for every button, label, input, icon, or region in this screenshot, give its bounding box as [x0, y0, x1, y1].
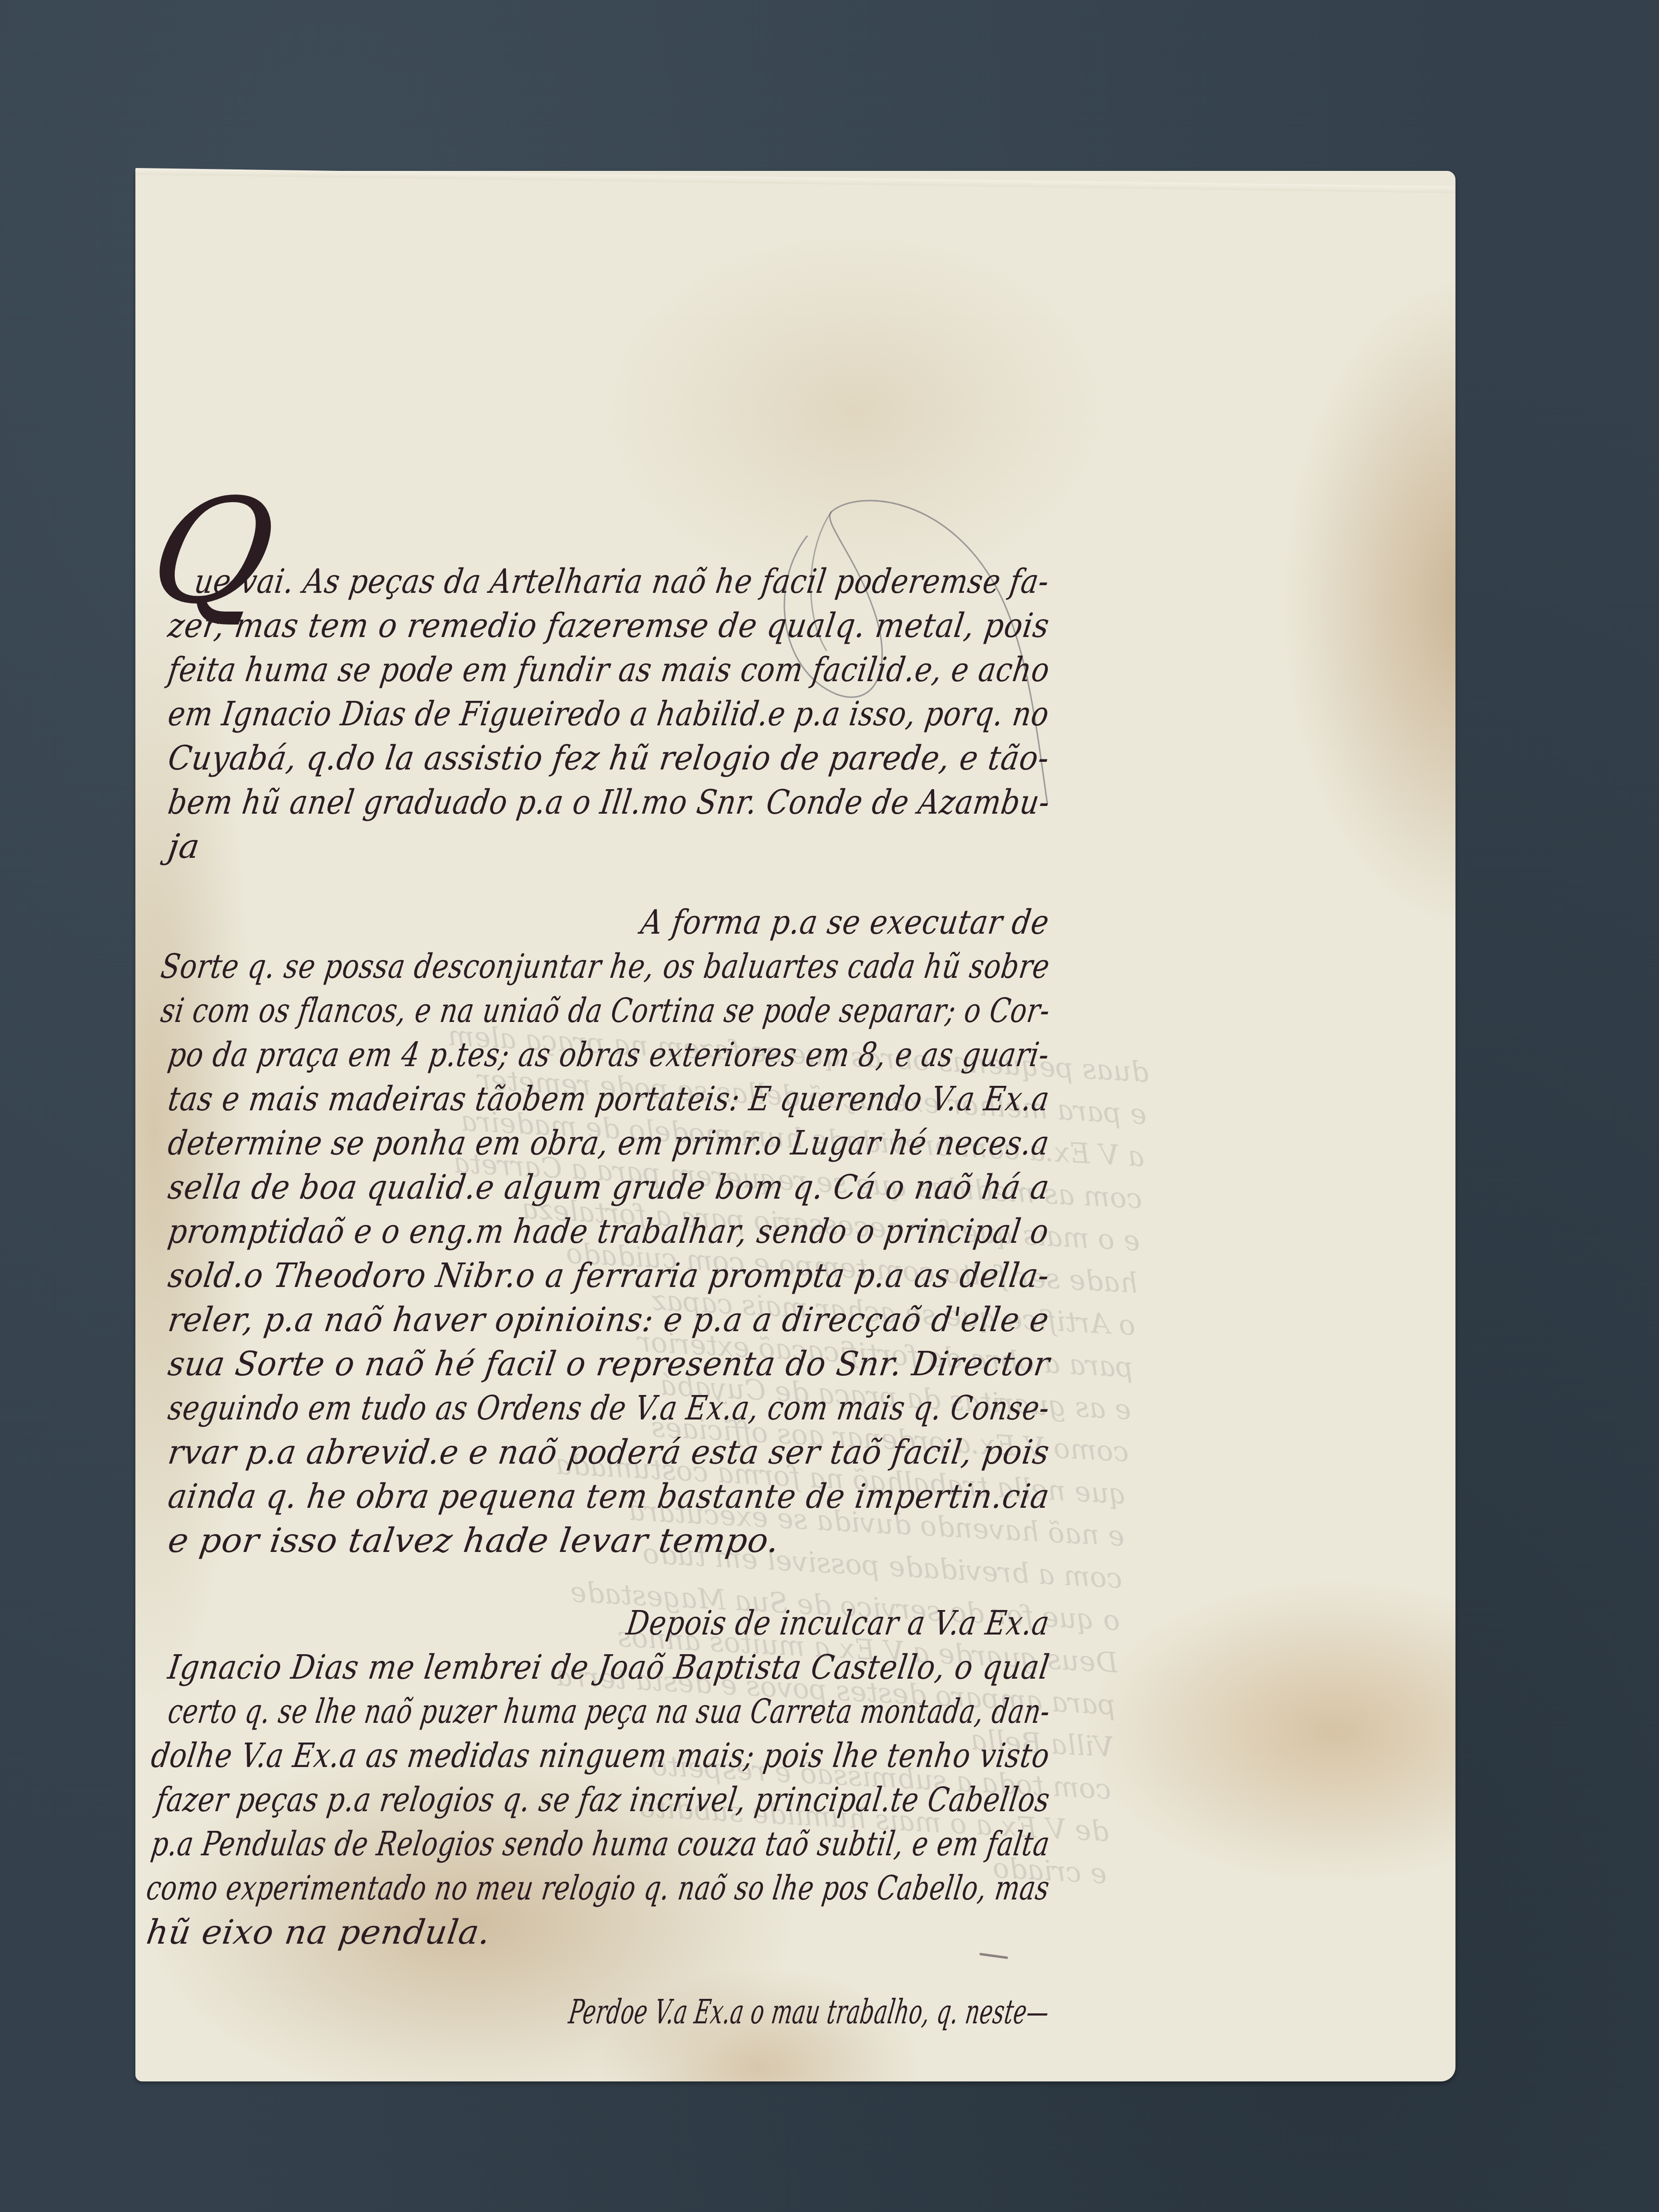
text-line: si com os flancos, e na uniaõ da Cortina…	[158, 991, 1053, 1030]
text-line: certo q. se lhe naõ puzer huma peça na s…	[166, 1692, 1053, 1731]
text-line: Sorte q. se possa desconjuntar he, os ba…	[158, 947, 1052, 986]
text-line: rvar p.a abrevid.e e naõ poderá esta ser…	[166, 1432, 1052, 1472]
text-line: reler, p.a naõ haver opinioins: e p.a a …	[166, 1300, 1052, 1339]
text-line: como experimentado no meu relogio q. naõ…	[144, 1868, 1052, 1908]
text-line: zer, mas tem o remedio fazeremse de qual…	[166, 606, 1052, 645]
text-line: Perdoe V.a Ex.a o mau trabalho, q. neste…	[566, 1992, 1052, 2032]
text-line: e por isso talvez hade levar tempo.	[166, 1521, 782, 1560]
text-line: dolhe V.a Ex.a as medidas ninguem mais; …	[149, 1736, 1052, 1775]
text-line: fazer peças p.a relogios q. se faz incri…	[154, 1780, 1052, 1819]
text-line: Cuyabá, q.do la assistio fez hũ relogio …	[166, 738, 1052, 778]
text-line: ainda q. he obra pequena tem bastante de…	[166, 1477, 1052, 1516]
text-line: ue vai. As peças da Artelharia naõ he fa…	[192, 562, 1052, 601]
text-line: hũ eixo na pendula.	[144, 1912, 493, 1952]
text-line: sella de boa qualid.e algum grude bom q.…	[166, 1167, 1052, 1207]
text-line: po da praça em 4 p.tes; as obras exterio…	[166, 1035, 1052, 1074]
text-line: seguindo em tudo as Ordens de V.a Ex.a, …	[166, 1388, 1052, 1428]
text-line: sold.o Theodoro Nibr.o a ferraria prompt…	[166, 1256, 1052, 1295]
paper-top-edge	[135, 168, 1455, 193]
text-line: ja	[166, 827, 203, 866]
text-line: sua Sorte o naõ hé facil o representa do…	[166, 1344, 1052, 1383]
text-line: em Ignacio Dias de Figueiredo a habilid.…	[166, 694, 1052, 733]
text-line: promptidaõ e o eng.m hade trabalhar, sen…	[166, 1212, 1051, 1251]
text-line: Depois de inculcar a V.a Ex.a	[624, 1603, 1052, 1643]
text-line: Ignacio Dias me lembrei de Joaõ Baptista…	[166, 1647, 1052, 1687]
text-line: feita huma se pode em fundir as mais com…	[166, 650, 1052, 689]
text-line: bem hũ anel graduado p.a o Ill.mo Snr. C…	[166, 782, 1052, 822]
text-line: p.a Pendulas de Relogios sendo huma couz…	[149, 1824, 1052, 1863]
text-line: determine se ponha em obra, em primr.o L…	[166, 1123, 1052, 1163]
text-line: tas e mais madeiras tãobem portateis: E …	[166, 1079, 1052, 1118]
text-line: A forma p.a se executar de	[638, 902, 1052, 942]
